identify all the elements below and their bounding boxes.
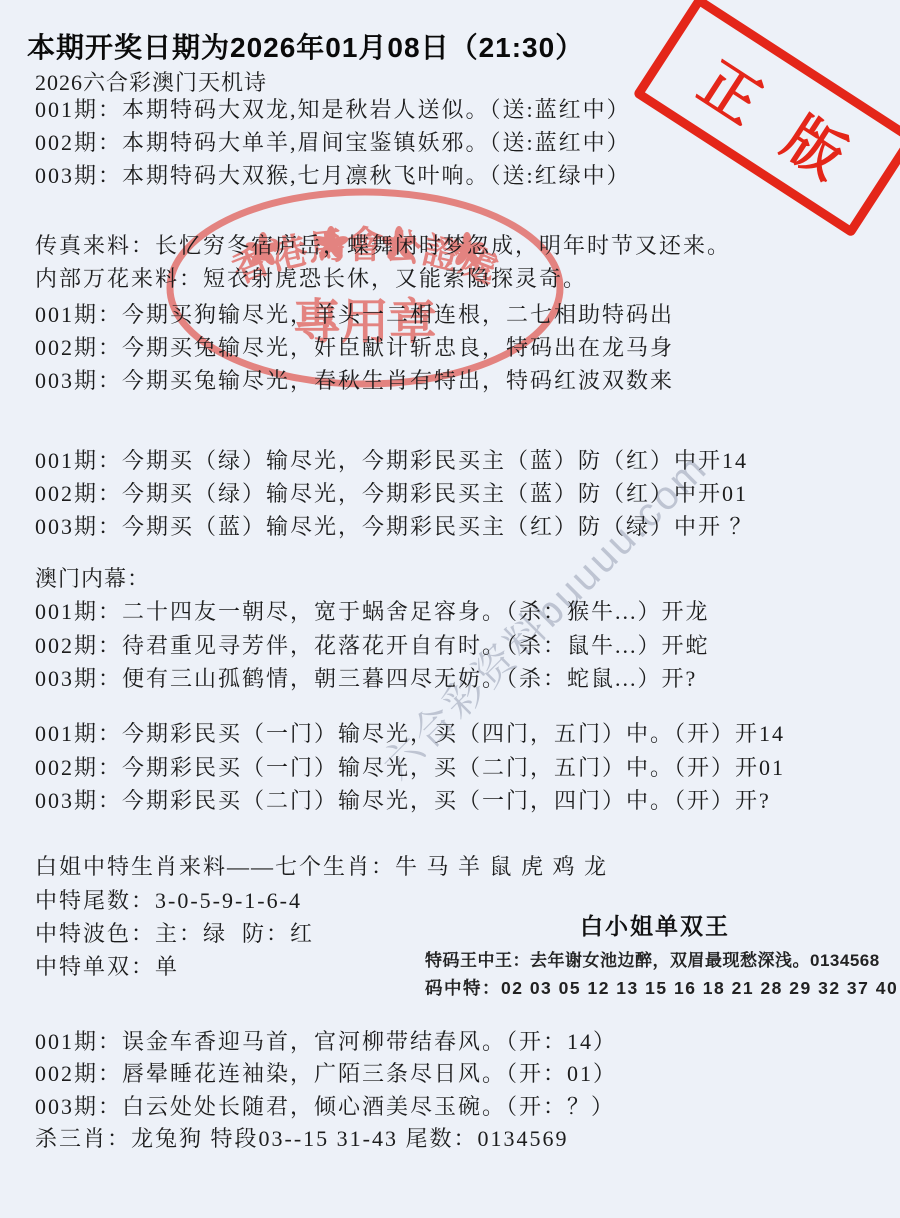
genuine-stamp-char-1: 正 — [686, 38, 780, 140]
tipsheet-page: 香港馬會公證處 專用章 六合彩资料buuuu.com 本期开奖日期为2026年0… — [0, 0, 900, 1218]
kill-three-zodiac-line: 杀三肖：龙兔狗 特段03--15 31-43 尾数：0134569 — [35, 1125, 568, 1152]
baijie-oddeven-line: 中特单双：单 — [35, 953, 179, 980]
macau-line-003: 003期：便有三山孤鹤情，朝三暮四尽无妨。（杀：蛇鼠...）开? — [35, 665, 697, 692]
baijie-tail-line: 中特尾数：3-0-5-9-1-6-4 — [35, 887, 302, 914]
genuine-stamp-char-2: 版 — [770, 92, 864, 194]
macau-line-002: 002期：待君重见寻芳伴，花落花开自有时。（杀：鼠牛...）开蛇 — [35, 632, 710, 659]
baijie-zodiac-line: 白姐中特生肖来料——七个生肖：牛 马 羊 鼠 虎 鸡 龙 — [35, 853, 608, 880]
bottom-poem-line-003: 003期：白云处处长随君，倾心酒美尽玉碗。（开：？） — [35, 1093, 615, 1120]
baijie-wave-line: 中特波色：主：绿 防：红 — [35, 920, 314, 947]
shuru-line-003: 003期：今期买兔输尽光，春秋生肖有特出，特码红波双数来 — [35, 367, 674, 394]
color-tip-line-003: 003期：今期买（蓝）输尽光，今期彩民买主（红）防（绿）中开 ？ — [35, 513, 754, 540]
shuru-line-001: 001期：今期买狗输尽光，羊头一二相连根，二七相助特码出 — [35, 301, 674, 328]
door-tip-line-003: 003期：今期彩民买（二门）输尽光，买（一门，四门）中。（开）开? — [35, 787, 771, 814]
baixiaojie-title: 白小姐单双王 — [425, 908, 885, 941]
color-tip-line-001: 001期：今期买（绿）输尽光，今期彩民买主（蓝）防（红）中开14 — [35, 447, 748, 474]
page-title: 本期开奖日期为2026年01月08日（21:30） — [27, 26, 584, 66]
tianji-line-001: 001期：本期特码大双龙,知是秋岩人送似。（送:蓝红中） — [35, 96, 631, 123]
baixiaojie-code-line: 码中特：02 03 05 12 13 15 16 18 21 28 29 32 … — [425, 975, 895, 1000]
internal-material-line: 内部万花来料：短衣射虎恐长休，又能索隐探灵奇。 — [35, 265, 587, 292]
fax-material-line: 传真来料：长忆穷冬宿庐岳，蝶舞闲时梦忽成，明年时节又还来。 — [35, 232, 731, 259]
bottom-poem-line-002: 002期：唇晕睡花连袖染，广陌三条尽日风。（开：01） — [35, 1060, 617, 1087]
macau-insider-header: 澳门内幕： — [35, 565, 150, 592]
tianji-line-002: 002期：本期特码大单羊,眉间宝鉴镇妖邪。（送:蓝红中） — [35, 129, 631, 156]
macau-line-001: 001期：二十四友一朝尽，宽于蜗舍足容身。（杀：猴牛...）开龙 — [35, 598, 710, 625]
baixiaojie-king-line: 特码王中王：去年谢女池边醉，双眉最现愁深浅。0134568 — [425, 946, 895, 971]
bottom-poem-line-001: 001期：误金车香迎马首，官河柳带结春风。（开：14） — [35, 1028, 617, 1055]
poem-section-header: 2026六合彩澳门天机诗 — [35, 69, 267, 96]
shuru-line-002: 002期：今期买兔输尽光，奸臣献计斩忠良，特码出在龙马身 — [35, 334, 674, 361]
tianji-line-003: 003期：本期特码大双猴,七月凛秋飞叶响。（送:红绿中） — [35, 162, 631, 189]
door-tip-line-002: 002期：今期彩民买（一门）输尽光，买（二门，五门）中。（开）开01 — [35, 754, 785, 781]
color-tip-line-002: 002期：今期买（绿）输尽光，今期彩民买主（蓝）防（红）中开01 — [35, 480, 748, 507]
genuine-edition-stamp: 正 版 — [632, 0, 900, 238]
door-tip-line-001: 001期：今期彩民买（一门）输尽光，买（四门，五门）中。（开）开14 — [35, 720, 785, 747]
